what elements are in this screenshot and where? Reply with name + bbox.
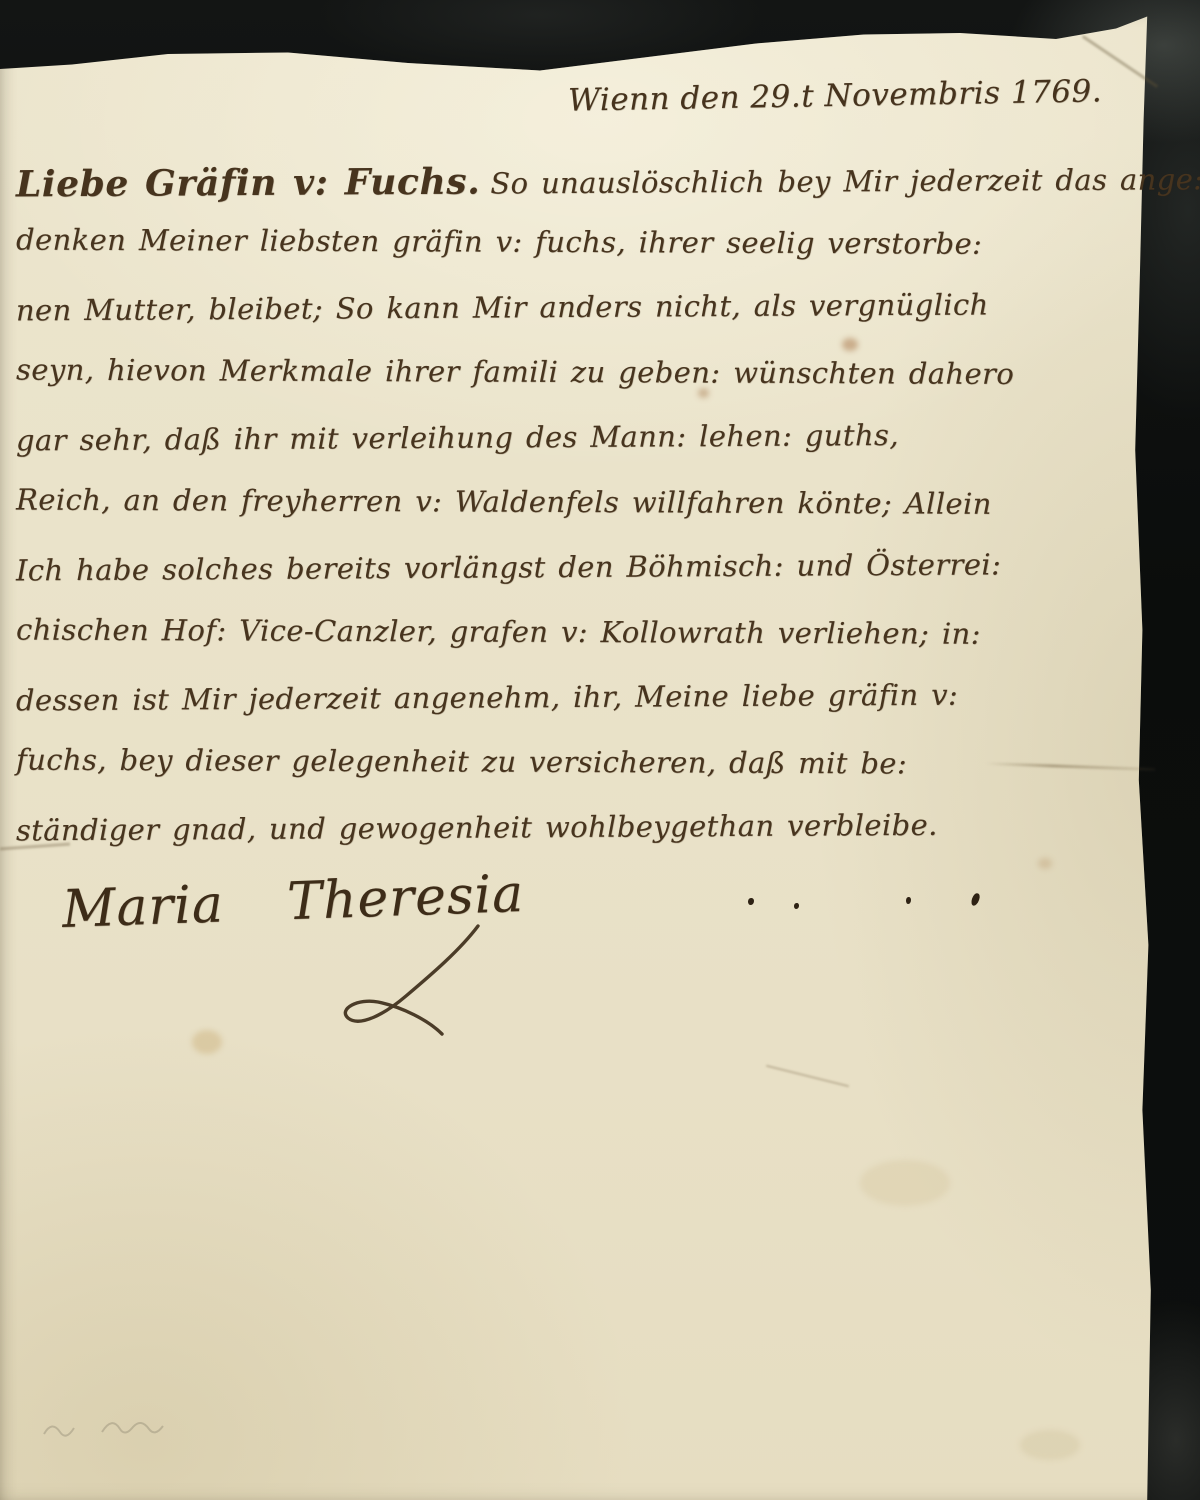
letter-line: nen Mutter, bleibet; So kann Mir anders …	[16, 287, 1136, 359]
letter-line: fuchs, bey dieser gelegenheit zu versich…	[16, 743, 1136, 813]
letter-line: ständiger gnad, und gewogenheit wohlbeyg…	[16, 807, 1136, 879]
signature-flourish	[300, 922, 520, 1042]
letter-salutation: Liebe Gräfin v: Fuchs.	[16, 161, 481, 206]
paper-discoloration	[860, 1160, 950, 1206]
letter-line: seyn, hievon Merkmale ihrer famili zu ge…	[16, 353, 1136, 423]
letter-line: denken Meiner liebsten gräfin v: fuchs, …	[16, 223, 1136, 293]
letter-line-text: So unauslöschlich bey Mir jederzeit das …	[490, 162, 1200, 200]
paper-stain	[192, 1030, 222, 1054]
letter-line: chischen Hof: Vice-Canzler, grafen v: Ko…	[16, 613, 1136, 683]
letter-line: Liebe Gräfin v: Fuchs.So unauslöschlich …	[16, 157, 1136, 229]
scanned-letter-page: { "scan": { "backdrop_color": "#0c0e0d",…	[0, 0, 1200, 1500]
pencil-marginalia	[40, 1408, 220, 1448]
letter-line: Ich habe solches bereits vorlängst den B…	[16, 547, 1136, 619]
letter-line: Reich, an den freyherren v: Waldenfels w…	[16, 483, 1136, 553]
paper-discoloration	[1020, 1430, 1080, 1460]
letter-line: dessen ist Mir jederzeit angenehm, ihr, …	[16, 677, 1136, 749]
letter-line: gar sehr, daß ihr mit verleihung des Man…	[16, 417, 1136, 489]
letter-body: Liebe Gräfin v: Fuchs.So unauslöschlich …	[16, 160, 1136, 875]
